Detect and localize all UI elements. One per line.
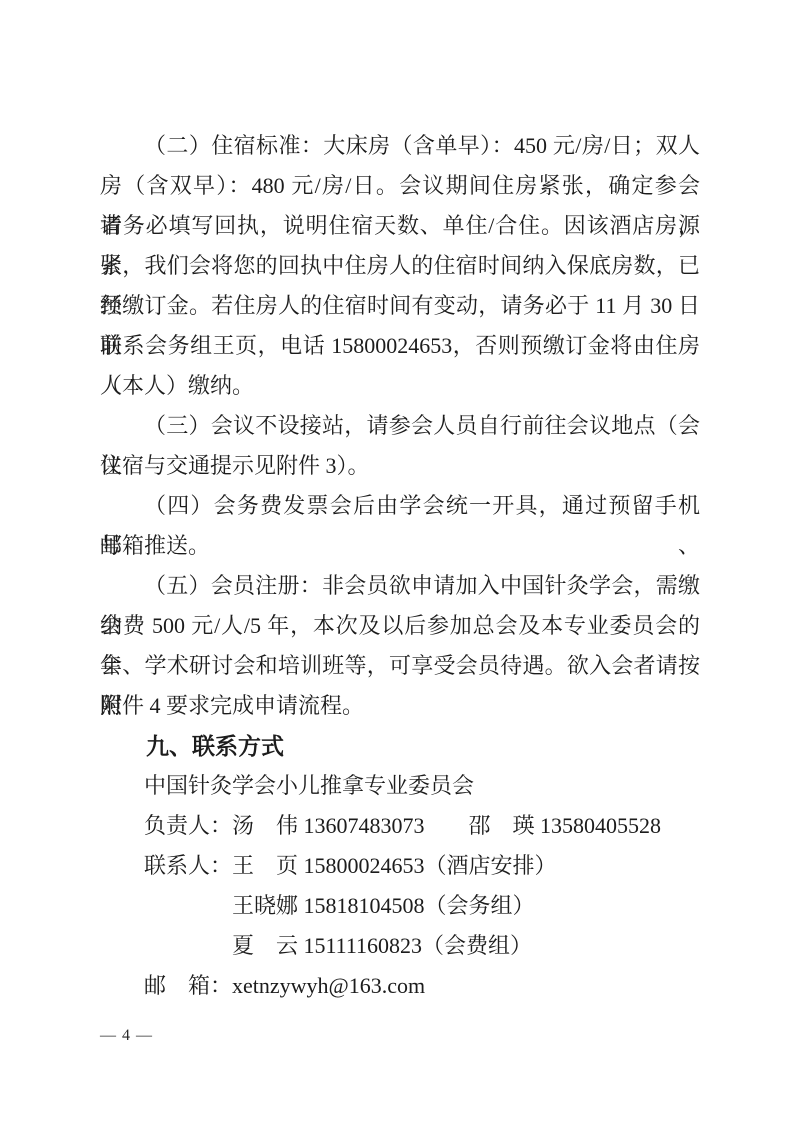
para-accommodation-standard-line: 预缴订金。若住房人的住宿时间有变动，请务必于 11 月 30 日前 [100,286,700,326]
para-invoice-line: （四）会务费发票会后由学会统一开具，通过预留手机号、 [100,486,700,526]
contact-leaders: 负责人：汤 伟 13607483073 邵 瑛 13580405528 [100,806,700,846]
para-accommodation-standard-line: （二）住宿标准：大床房（含单早）：450 元/房/日；双人 [100,126,700,166]
page-number: — 4 — [100,1026,153,1046]
para-membership-line: （五）会员注册：非会员欲申请加入中国针灸学会，需缴纳 [100,566,700,606]
contact-email: 邮 箱：xetnzywyh@163.com [100,966,700,1006]
para-no-shuttle-line: （三）会议不设接站，请参会人员自行前往会议地点（会议 [100,406,700,446]
para-accommodation-standard-line: 联系会务组王页，电话 15800024653，否则预缴订金将由住房人 [100,326,700,366]
para-accommodation-standard-line: 请务必填写回执，说明住宿天数、单住/合住。因该酒店房源紧 [100,206,700,246]
document-page: （二）住宿标准：大床房（含单早）：450 元/房/日；双人房（含双早）：480 … [0,0,800,1131]
contact-person-affairs: 王晓娜 15818104508（会务组） [100,886,700,926]
document-body: （二）住宿标准：大床房（含单早）：450 元/房/日；双人房（含双早）：480 … [100,126,700,1006]
section-heading-contact: 九、联系方式 [100,726,700,766]
para-no-shuttle-line: 住宿与交通提示见附件 3）。 [100,446,700,486]
contact-person-fees: 夏 云 15111160823（会费组） [100,926,700,966]
contact-organization: 中国针灸学会小儿推拿专业委员会 [100,766,700,806]
para-accommodation-standard-line: 房（含双早）：480 元/房/日。会议期间住房紧张，确定参会者， [100,166,700,206]
para-membership-line: 会费 500 元/人/5 年，本次及以后参加总会及本专业委员会的年 [100,606,700,646]
para-membership-line: 会、学术研讨会和培训班等，可享受会员待遇。欲入会者请按照 [100,646,700,686]
contact-person-hotel: 联系人：王 页 15800024653（酒店安排） [100,846,700,886]
para-membership-line: 附件 4 要求完成申请流程。 [100,686,700,726]
para-accommodation-standard-line: （本人）缴纳。 [100,366,700,406]
para-accommodation-standard-line: 张，我们会将您的回执中住房人的住宿时间纳入保底房数，已经 [100,246,700,286]
